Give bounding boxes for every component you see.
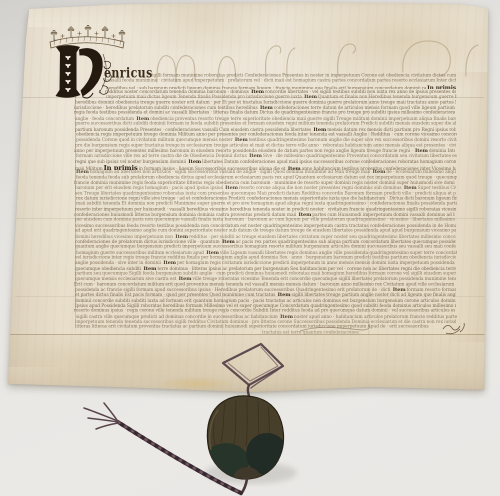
seal-cord-loop (223, 344, 283, 396)
closing-swash (300, 325, 369, 331)
seal-assembly (55, 330, 300, 496)
photograph: enricus sigilli formam munimine roborata… (0, 0, 500, 496)
ghost-letter-stroke (490, 52, 499, 78)
notary-signature-flourish (443, 323, 464, 334)
seal-cord-frayed-ends (84, 403, 118, 429)
